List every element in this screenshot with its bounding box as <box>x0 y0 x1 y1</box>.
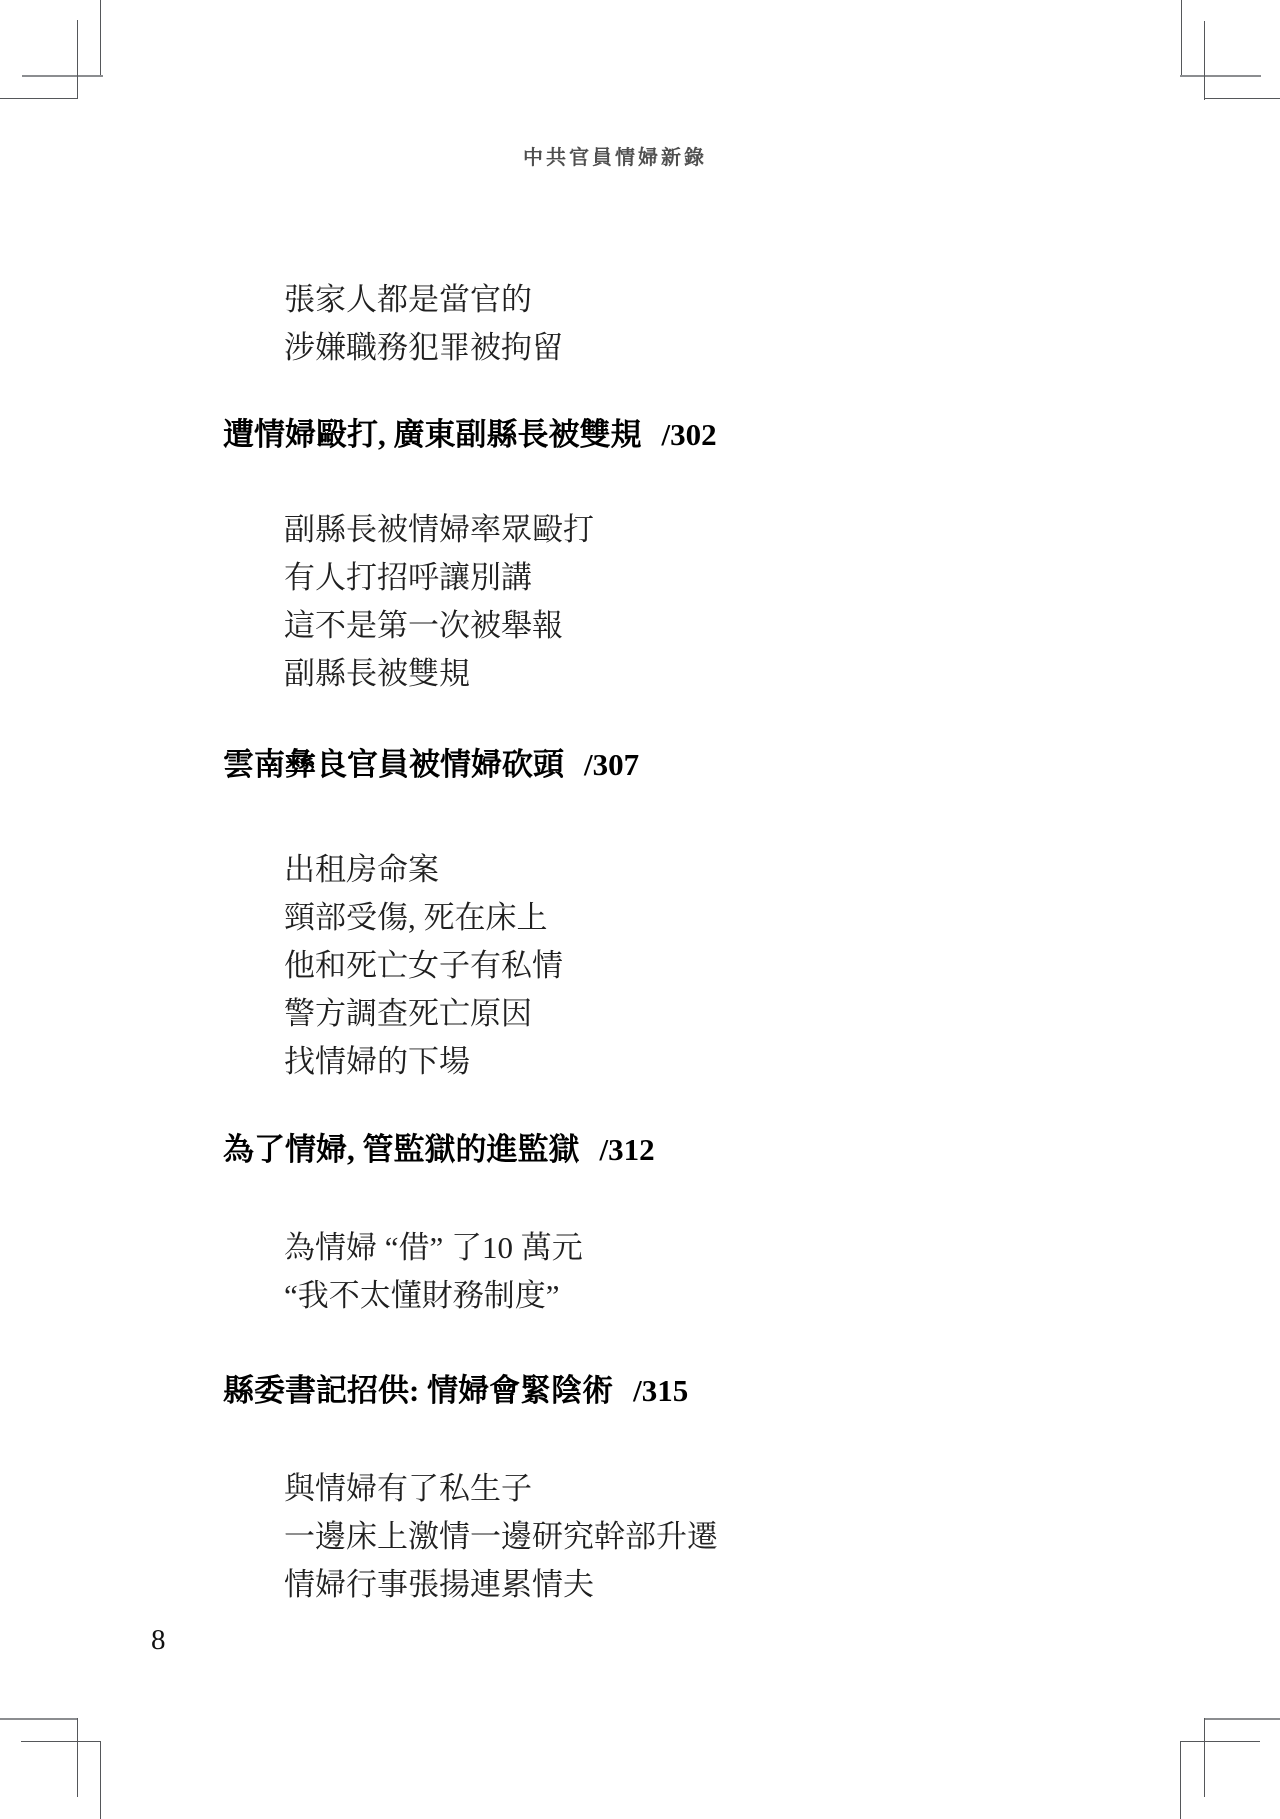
toc-line: 副縣長被雙規 <box>284 650 594 698</box>
toc-line: 副縣長被情婦率眾毆打 <box>284 506 594 554</box>
toc-section-title: 縣委書記招供: 情婦會緊陰術 <box>223 1373 613 1408</box>
toc-section-title: 遭情婦毆打, 廣東副縣長被雙規 <box>223 417 642 452</box>
toc-section-page-ref: /312 <box>600 1132 655 1167</box>
toc-section-page-ref: /315 <box>633 1373 688 1408</box>
toc-line: 有人打招呼讓別講 <box>284 554 594 602</box>
toc-line: 涉嫌職務犯罪被拘留 <box>284 324 563 372</box>
toc-line: 與情婦有了私生子 <box>284 1465 718 1513</box>
toc-section-lines: 出租房命案 頸部受傷, 死在床上 他和死亡女子有私情 警方調查死亡原因 找情婦的… <box>284 846 563 1086</box>
toc-section-page-ref: /307 <box>584 747 639 782</box>
toc-section-lines: 副縣長被情婦率眾毆打 有人打招呼讓別講 這不是第一次被舉報 副縣長被雙規 <box>284 506 594 698</box>
toc-section-heading: 遭情婦毆打, 廣東副縣長被雙規/302 <box>223 411 717 459</box>
toc-section-lines: 與情婦有了私生子 一邊床上激情一邊研究幹部升遷 情婦行事張揚連累情夫 <box>284 1465 718 1609</box>
toc-section-heading: 雲南彝良官員被情婦砍頭/307 <box>223 741 639 789</box>
toc-line: “我不太懂財務制度” <box>284 1272 583 1320</box>
toc-section-title: 為了情婦, 管監獄的進監獄 <box>223 1132 580 1167</box>
toc-line: 找情婦的下場 <box>284 1038 563 1086</box>
toc-section-title: 雲南彝良官員被情婦砍頭 <box>223 747 564 782</box>
toc-line: 頸部受傷, 死在床上 <box>284 894 563 942</box>
toc-line: 他和死亡女子有私情 <box>284 942 563 990</box>
toc-line: 警方調查死亡原因 <box>284 990 563 1038</box>
toc-line: 這不是第一次被舉報 <box>284 602 594 650</box>
toc-section-heading: 縣委書記招供: 情婦會緊陰術/315 <box>223 1367 688 1415</box>
toc-intro-block: 張家人都是當官的 涉嫌職務犯罪被拘留 <box>284 276 563 372</box>
toc-section-page-ref: /302 <box>662 417 717 452</box>
toc-line: 情婦行事張揚連累情夫 <box>284 1561 718 1609</box>
toc-line: 一邊床上激情一邊研究幹部升遷 <box>284 1513 718 1561</box>
toc-section-lines: 為情婦 “借” 了10 萬元 “我不太懂財務制度” <box>284 1224 583 1320</box>
toc-line: 張家人都是當官的 <box>284 276 563 324</box>
toc-section-heading: 為了情婦, 管監獄的進監獄/312 <box>223 1126 655 1174</box>
running-head-title: 中共官員情婦新錄 <box>523 141 707 175</box>
page-number: 8 <box>151 1620 166 1660</box>
toc-line: 為情婦 “借” 了10 萬元 <box>284 1224 583 1272</box>
book-page: 中共官員情婦新錄 張家人都是當官的 涉嫌職務犯罪被拘留 遭情婦毆打, 廣東副縣長… <box>0 0 1280 1819</box>
toc-line: 出租房命案 <box>284 846 563 894</box>
